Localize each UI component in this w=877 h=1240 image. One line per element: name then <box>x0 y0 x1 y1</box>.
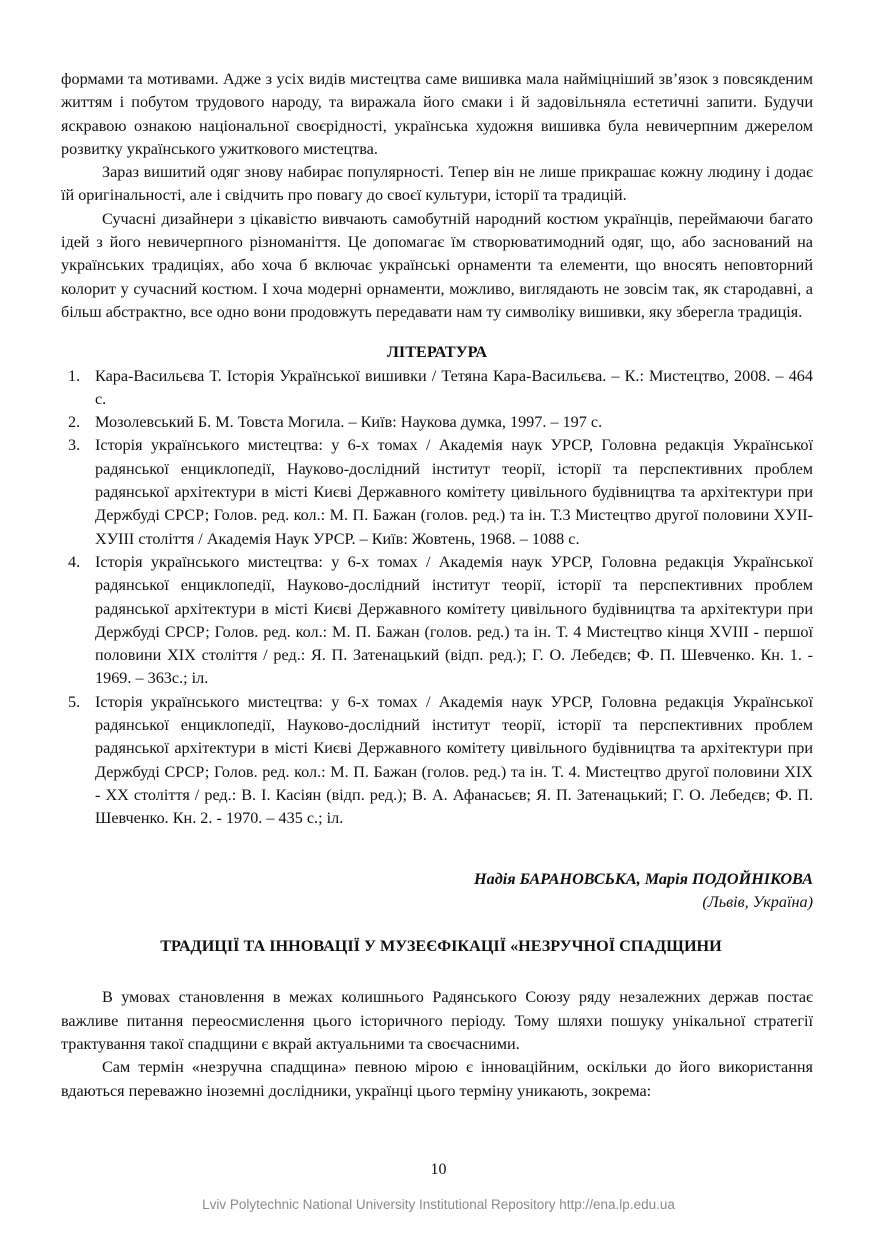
article-paragraph-1: В умовах становлення в межах колишнього … <box>61 986 813 1056</box>
reference-number: 3. <box>68 434 80 457</box>
intro-paragraph-3: Сучасні дизайнери з цікавістю вивчають с… <box>61 208 813 324</box>
reference-text: Кара-Васильєва Т. Історія Української ви… <box>95 367 813 408</box>
reference-item: 5.Історія українського мистецтва: у 6-х … <box>61 691 813 831</box>
reference-number: 1. <box>68 365 80 388</box>
intro-paragraph-2: Зараз вишитий одяг знову набирає популяр… <box>61 161 813 208</box>
reference-number: 2. <box>68 411 80 434</box>
article-title: ТРАДИЦІЇ ТА ІННОВАЦІЇ У МУЗЕЄФІКАЦІЇ «НЕ… <box>61 935 813 958</box>
reference-item: 4.Історія українського мистецтва: у 6-х … <box>61 551 813 691</box>
references-list: 1.Кара-Васильєва Т. Історія Української … <box>61 365 813 831</box>
article-location: (Львів, Україна) <box>61 891 813 914</box>
article-authors: Надія БАРАНОВСЬКА, Марія ПОДОЙНІКОВА <box>61 868 813 891</box>
reference-number: 5. <box>68 691 80 714</box>
reference-item: 1.Кара-Васильєва Т. Історія Української … <box>61 365 813 412</box>
article-body: В умовах становлення в межах колишнього … <box>61 986 813 1102</box>
reference-number: 4. <box>68 551 80 574</box>
intro-paragraph-1: формами та мотивами. Адже з усіх видів м… <box>61 68 813 161</box>
page-content: формами та мотивами. Адже з усіх видів м… <box>61 68 813 1103</box>
article-paragraph-2: Сам термін «незручна спадщина» певною мі… <box>61 1056 813 1103</box>
reference-text: Історія українського мистецтва: у 6-х то… <box>95 436 813 547</box>
references-heading: ЛІТЕРАТУРА <box>61 341 813 364</box>
page-number: 10 <box>0 1161 877 1179</box>
reference-text: Мозолевський Б. М. Товста Могила. – Київ… <box>95 413 602 431</box>
reference-item: 2.Мозолевський Б. М. Товста Могила. – Ки… <box>61 411 813 434</box>
reference-item: 3.Історія українського мистецтва: у 6-х … <box>61 434 813 550</box>
reference-text: Історія українського мистецтва: у 6-х то… <box>95 693 813 827</box>
reference-text: Історія українського мистецтва: у 6-х то… <box>95 553 813 687</box>
repository-footer: Lviv Polytechnic National University Ins… <box>0 1197 877 1212</box>
